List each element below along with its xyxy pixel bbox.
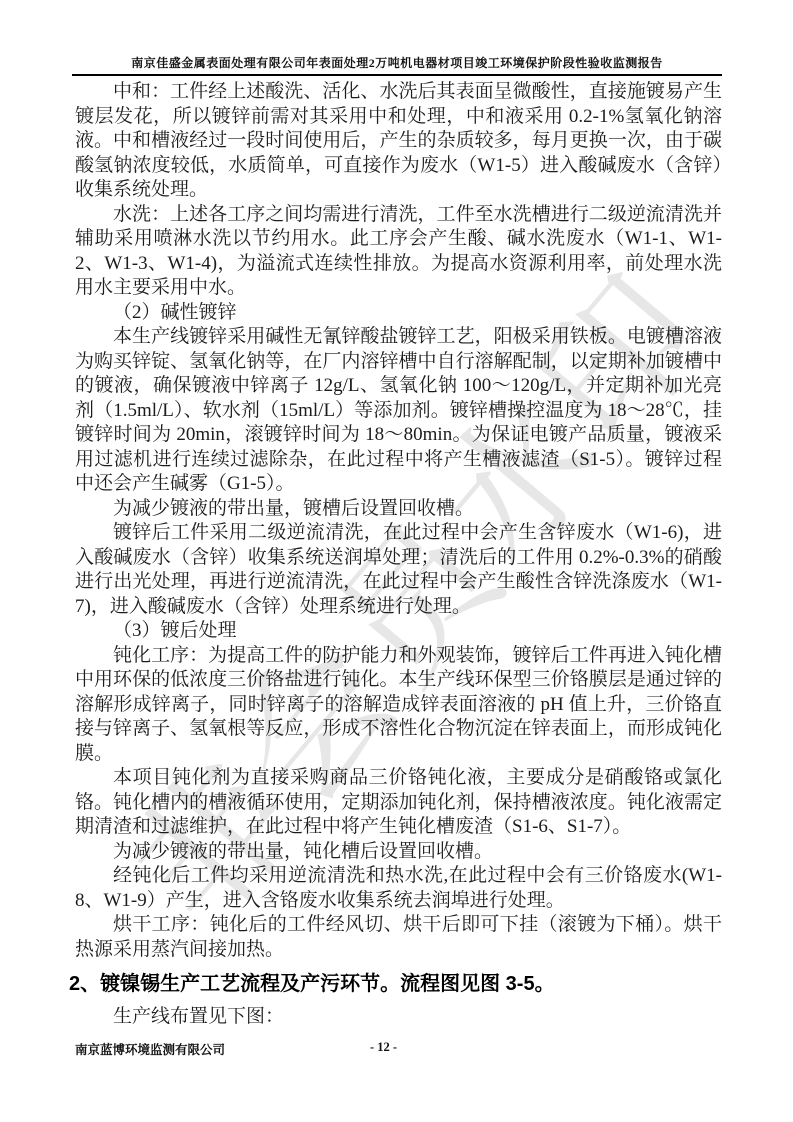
- footer-page-number: - 12 -: [75, 1040, 692, 1055]
- para-neutralization: 中和：工件经上述酸洗、活化、水洗后其表面呈微酸性，直接施镀易产生镀层发花，所以镀…: [75, 80, 722, 203]
- header-rule: [72, 74, 722, 76]
- page-footer: 南京蓝博环境监测有限公司 - 12 -: [75, 1040, 722, 1060]
- subheading-alkaline-zinc: （2）碱性镀锌: [75, 301, 722, 326]
- document-page: 非会员水印 南京佳盛金属表面处理有限公司年表面处理2万吨机电器材项目竣工环境保护…: [0, 0, 793, 1122]
- para-drying-process: 烘干工序：钝化后的工件经风切、烘干后即可下挂（滚镀为下桶）。烘干热源采用蒸汽间接…: [75, 913, 722, 962]
- para-recovery-tank-1: 为减少镀液的带出量，镀槽后设置回收槽。: [75, 497, 722, 522]
- para-production-line-layout: 生产线布置见下图：: [75, 1005, 722, 1030]
- document-body: 中和：工件经上述酸洗、活化、水洗后其表面呈微酸性，直接施镀易产生镀层发花，所以镀…: [75, 80, 722, 1030]
- subheading-post-plating: （3）镀后处理: [75, 619, 722, 644]
- para-chrome-wastewater: 经钝化后工件均采用逆流清洗和热水洗,在此过程中会有三价铬废水(W1-8、W1-9…: [75, 864, 722, 913]
- section-heading-nickel-tin: 2、镀镍锡生产工艺流程及产污环节。流程图见图 3-5。: [69, 969, 722, 999]
- page-header-title: 南京佳盛金属表面处理有限公司年表面处理2万吨机电器材项目竣工环境保护阶段性验收监…: [72, 54, 722, 71]
- para-zinc-plating-process: 本生产线镀锌采用碱性无氰锌酸盐镀锌工艺，阳极采用铁板。电镀槽溶液为购买锌锭、氢氧…: [75, 325, 722, 497]
- para-passivation-agent: 本项目钝化剂为直接采购商品三价铬钝化液，主要成分是硝酸铬或氯化铬。钝化槽内的槽液…: [75, 766, 722, 840]
- para-post-zinc-rinse: 镀锌后工件采用二级逆流清洗，在此过程中会产生含锌废水（W1-6)，进入酸碱废水（…: [75, 521, 722, 619]
- para-water-wash: 水洗：上述各工序之间均需进行清洗，工件至水洗槽进行二级逆流清洗并辅助采用喷淋水洗…: [75, 203, 722, 301]
- para-recovery-tank-2: 为减少镀液的带出量，钝化槽后设置回收槽。: [75, 840, 722, 865]
- para-passivation-process: 钝化工序：为提高工件的防护能力和外观装饰，镀锌后工件再进入钝化槽中用环保的低浓度…: [75, 644, 722, 767]
